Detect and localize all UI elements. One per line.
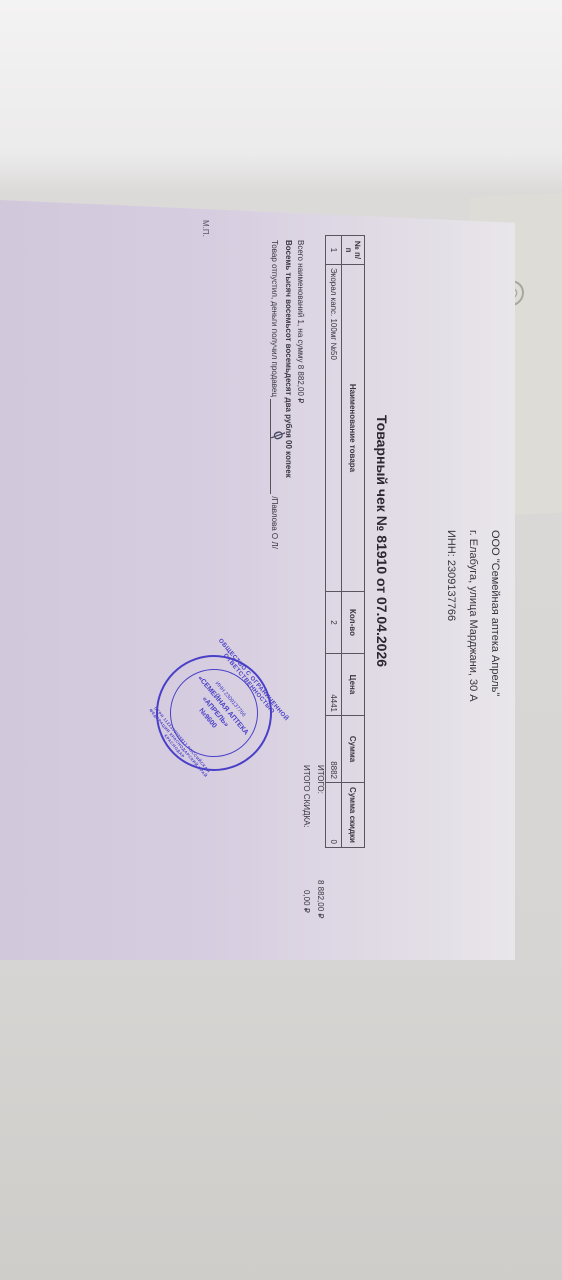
receipt-title: Товарный чек № 81910 от 07.04.2026 <box>374 415 390 667</box>
table-row: 1 Экорал капс. 100мг №50 2 4441 8882 0 <box>326 236 342 848</box>
summary-words: Восемь тысяч восемьсот восемьдесят два р… <box>284 240 293 478</box>
total-value: 8 882,00 ₽ <box>316 880 325 918</box>
header-no: № п/п <box>342 236 365 265</box>
seller-label: Товар отпустил, деньги получил продавец <box>270 240 279 397</box>
cell-price: 4441 <box>326 654 342 716</box>
total-label: ИТОГО: <box>316 765 325 794</box>
header-name: Наименование товара <box>342 265 365 592</box>
discount-value: 0,00 ₽ <box>302 890 311 913</box>
seller-name: /Павлова О Л/ <box>270 496 279 548</box>
header-qty: Кол-во <box>342 592 365 654</box>
company-name: ООО "Семейная аптека Апрель" <box>489 530 501 696</box>
header-discount: Сумма скидки <box>342 783 365 848</box>
company-stamp: ОБЩЕСТВО С ОГРАНИЧЕННОЙ ОТВЕТСТВЕННОСТЬЮ… <box>132 631 295 794</box>
summary-count: Всего наименований 1, на сумму 8 882,00 … <box>296 240 305 403</box>
table-header-row: № п/п Наименование товара Кол-во Цена Су… <box>342 236 365 848</box>
seller-line: Товар отпустил, деньги получил продавец … <box>270 240 279 549</box>
company-inn: ИНН: 2309137766 <box>445 530 457 621</box>
cell-qty: 2 <box>326 592 342 654</box>
receipt-page: ООО "Семейная аптека Апрель" г. Елабуга,… <box>0 200 515 960</box>
cell-discount: 0 <box>326 783 342 848</box>
items-table: № п/п Наименование товара Кол-во Цена Су… <box>325 235 365 848</box>
header-sum: Сумма <box>342 716 365 783</box>
company-address: г. Елабуга, улица Марджани, 30 А <box>467 530 479 702</box>
discount-label: ИТОГО СКИДКА: <box>302 765 311 828</box>
cell-name: Экорал капс. 100мг №50 <box>326 265 342 592</box>
signature-line: ɸ <box>270 399 279 494</box>
cell-sum: 8882 <box>326 716 342 783</box>
header-price: Цена <box>342 654 365 716</box>
receipt-paper: ООО "Семейная аптека Апрель" г. Елабуга,… <box>0 200 515 960</box>
cell-no: 1 <box>326 236 342 265</box>
stamp-place-label: М.П. <box>201 220 210 237</box>
